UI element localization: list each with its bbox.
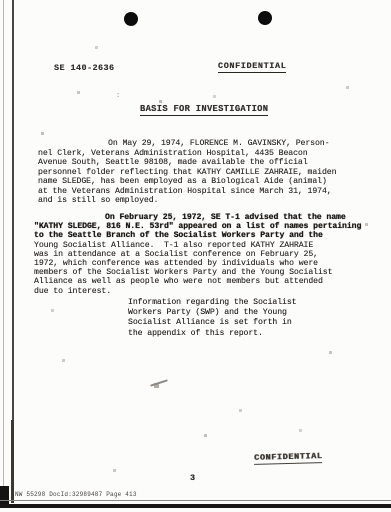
text-line: Alliance as well as people who were not … [34,277,361,286]
text-line: was in attendance at a Socialist confere… [34,250,361,259]
text-line: the appendix of this report. [128,329,296,339]
text-line: "KATHY SLEDGE, 816 N.E. 53rd" appeared o… [34,222,361,231]
scanned-document-page: : SE 140-2636 CONFIDENTIAL BASIS FOR INV… [0,0,391,512]
hole-punch-icon [258,11,272,25]
text-line: personnel folder reflecting that KATHY C… [38,168,336,178]
bottom-scan-line [0,504,391,508]
scan-smudge [150,379,168,386]
text-line: Workers Party (SWP) and the Young [128,308,296,318]
text-line: Avenue South, Seattle 98108, made availa… [38,158,336,168]
document-title: BASIS FOR INVESTIGATION [140,104,268,116]
text-line: Information regarding the Socialist [128,298,296,308]
text-line: due to interest. [34,287,361,296]
text-line: and is still so employed. [38,196,336,206]
text-line: name SLEDGE, has been employed as a Biol… [38,177,336,187]
text-line: Young Socialist Alliance. T-1 also repor… [34,241,361,250]
scan-noise [0,0,1,1]
text-line: On May 29, 1974, FLORENCE M. GAVINSKY, P… [38,139,336,149]
text-line: nel Clerk, Veterans Administration Hospi… [38,149,336,159]
paragraph-appendix-note: Information regarding the SocialistWorke… [128,298,296,339]
confidential-bottom-stamp: CONFIDENTIAL [254,451,323,465]
paper-edge-line [12,0,14,503]
text-line: at the Veterans Administration Hospital … [38,187,336,197]
file-number: SE 140-2636 [54,63,115,73]
confidential-header-stamp: CONFIDENTIAL [218,61,286,73]
text-line: Socialist Alliance is set forth in [128,318,296,328]
text-line: On February 25, 1972, SE T-1 advised tha… [34,213,361,222]
paragraph-basis-employment: On May 29, 1974, FLORENCE M. GAVINSKY, P… [38,139,336,206]
scan-artifact: : [116,92,120,100]
page-number: 3 [190,473,195,483]
paragraph-informant-report: On February 25, 1972, SE T-1 advised tha… [34,213,361,296]
hole-punch-icon [124,12,138,26]
scan-corner-mark [0,486,9,506]
bottom-scan-line-thin [0,500,391,501]
text-line: to the Seattle Branch of the Socialist W… [34,231,361,240]
text-line: members of the Socialist Workers Party a… [34,268,361,277]
paper-edge-line-faint [3,0,4,505]
archive-footer: NW 55298 DocId:32989487 Page 413 [15,491,137,498]
text-line: 1972, which conference was attended by i… [34,259,361,268]
